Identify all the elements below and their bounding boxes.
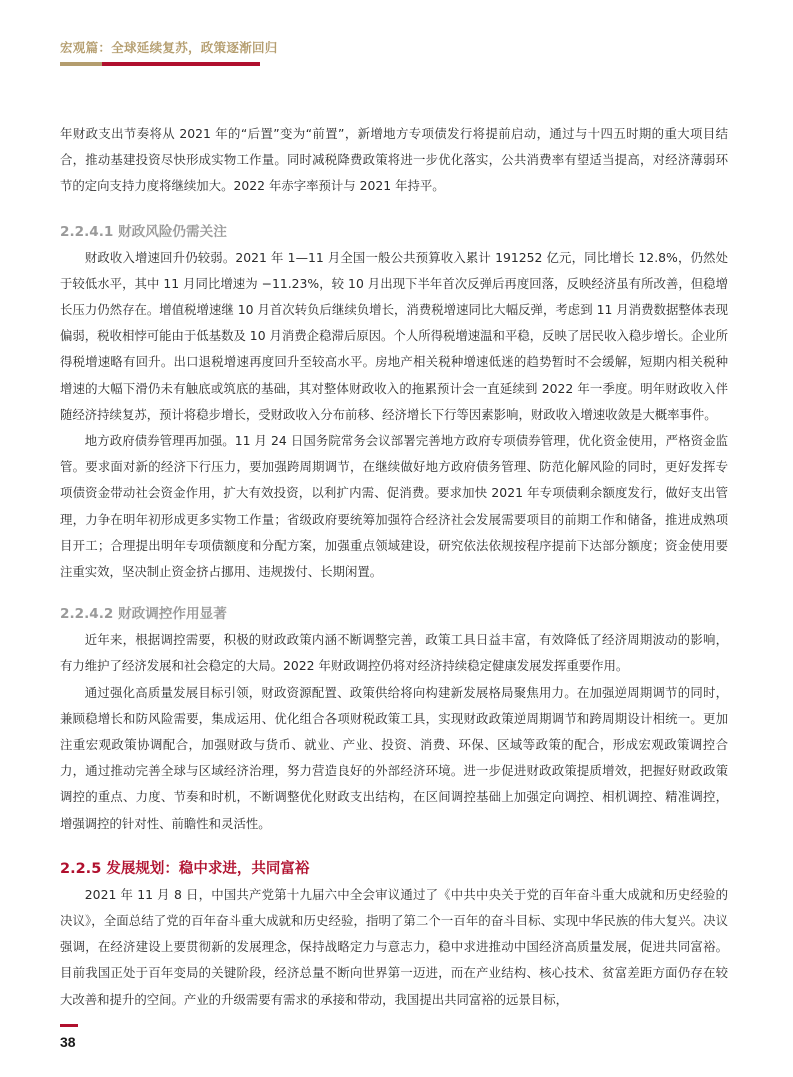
header-rule-red-segment	[102, 62, 260, 66]
page-number: 38	[60, 1034, 78, 1050]
page-body: 年财政支出节奏将从 2021 年的“后置”变为“前置”，新增地方专项债发行将提前…	[60, 121, 728, 1013]
section-heading-fiscal-control: 2.2.4.2 财政调控作用显著	[60, 601, 728, 627]
footer-accent-bar	[60, 1024, 78, 1027]
header-rule-gold-segment	[60, 62, 102, 66]
paragraph-policy-tools: 近年来，根据调控需要，积极的财政政策内涵不断调整完善，政策工具日益丰富，有效降低…	[60, 627, 728, 679]
page-footer: 38	[60, 1024, 78, 1050]
running-header-title: 宏观篇：全球延续复苏，政策逐渐回归	[60, 38, 278, 56]
running-header: 宏观篇：全球延续复苏，政策逐渐回归	[60, 38, 278, 66]
section-heading-development-plan: 2.2.5 发展规划：稳中求进，共同富裕	[60, 856, 728, 882]
intro-paragraph: 年财政支出节奏将从 2021 年的“后置”变为“前置”，新增地方专项债发行将提前…	[60, 121, 728, 200]
paragraph-high-quality-development: 通过强化高质量发展目标引领，财政资源配置、政策供给将向构建新发展格局聚焦用力。在…	[60, 680, 728, 837]
paragraph-fiscal-revenue: 财政收入增速回升仍较弱。2021 年 1—11 月全国一般公共预算收入累计 19…	[60, 245, 728, 428]
paragraph-common-prosperity: 2021 年 11 月 8 日，中国共产党第十九届六中全会审议通过了《中共中央关…	[60, 882, 728, 1013]
section-heading-fiscal-risk: 2.2.4.1 财政风险仍需关注	[60, 219, 728, 245]
paragraph-local-bonds: 地方政府债券管理再加强。11 月 24 日国务院常务会议部署完善地方政府专项债券…	[60, 428, 728, 585]
header-rule	[60, 62, 260, 66]
